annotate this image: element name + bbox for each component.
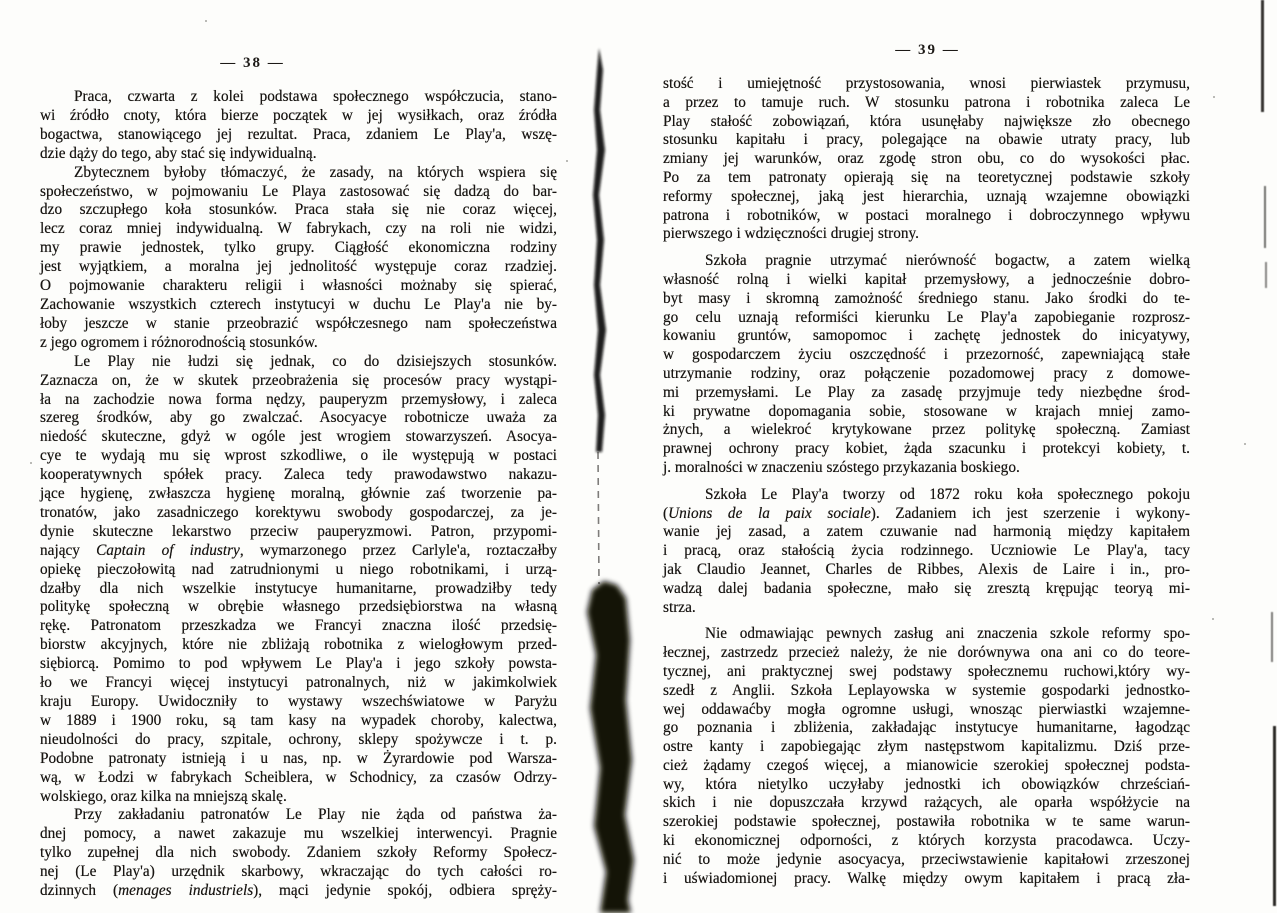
- text-line: wy, która nietylko uczyłaby jednostki ic…: [663, 776, 1190, 795]
- text-line: wi źródło cnoty, która bierze początek w…: [40, 107, 557, 126]
- text-line: bogactwa, stanowiącego jej rezultat. Pra…: [40, 126, 557, 145]
- text-line: cye te wydają mu się wprost szkodliwe, o…: [40, 447, 557, 466]
- text-line: w 1889 i 1900 roku, są tam kasy na wypad…: [40, 712, 557, 731]
- text-line: dzinnych (menages industriels), mąci jed…: [40, 882, 557, 901]
- text-line: mi przemysłami. Le Play za zasadę przyjm…: [663, 384, 1190, 403]
- text-line: my prawie jednostek, tylko grupy. Ciągło…: [40, 239, 557, 258]
- text-line: patrona i robotników, w postaci moralneg…: [663, 207, 1190, 226]
- text-line: Podobne patronaty istnieją i u nas, np. …: [40, 750, 557, 769]
- text-line: j. moralności w znaczeniu szóstego przyk…: [663, 459, 1190, 478]
- text-line: dnej pomocy, a nawet zakazuje mu wszelki…: [40, 825, 557, 844]
- text-line: łecznej, zastrzedz przecież należy, że n…: [663, 644, 1190, 663]
- text-line: szerokiej podstawie społecznej, postawił…: [663, 813, 1190, 832]
- paragraph: Przy zakładaniu patronatów Le Play nie ż…: [40, 806, 557, 901]
- text-line: nający Captain of industry, wymarzonego …: [40, 542, 557, 561]
- book-spread-scan: — 38 — Praca, czwarta z kolei podstawa s…: [0, 0, 1277, 913]
- text-line: dzo szczupłego koła stosunków. Praca sta…: [40, 201, 557, 220]
- text-line: Zachowanie wszystkich czterech instytucy…: [40, 296, 557, 315]
- text-line: Nie odmawiając pewnych zasług ani znacze…: [663, 625, 1190, 644]
- text-line: nej (Le Play'a) urzędnik skarbowy, wkrac…: [40, 863, 557, 882]
- dust-speck: [566, 160, 568, 162]
- page-number-38: — 38 —: [0, 55, 511, 72]
- text-line: wą, w Łodzi w fabrykach Scheiblera, w Sc…: [40, 769, 557, 788]
- page-38-text: Praca, czwarta z kolei podstawa społeczn…: [40, 88, 557, 901]
- text-line: stość i umiejętność przystosowania, wnos…: [663, 75, 1190, 94]
- text-line: utrzymanie rodziny, oraz połączenie poza…: [663, 365, 1190, 384]
- text-line: prawnej ochrony pracy kobiet, żąda szacu…: [663, 440, 1190, 459]
- text-line: Praca, czwarta z kolei podstawa społeczn…: [40, 88, 557, 107]
- text-line: ki ekonomicznej odporności, z których ko…: [663, 832, 1190, 851]
- dust-speck: [30, 462, 32, 464]
- text-line: żnych, a wielekroć krytykowane przez pol…: [663, 421, 1190, 440]
- page-edge-line: [1265, 262, 1267, 288]
- text-line: byt masy i skromną zamożność średniego s…: [663, 290, 1190, 309]
- text-line: kraju Europy. Uwidoczniły to wystawy wsz…: [40, 693, 557, 712]
- text-line: go poznania i zbliżenia, zakładając inst…: [663, 719, 1190, 738]
- page-number-39: — 39 —: [664, 42, 1191, 59]
- text-line: i pracą, oraz stałością życia rodzinnego…: [663, 542, 1190, 561]
- page-39-text: stość i umiejętność przystosowania, wnos…: [663, 75, 1190, 888]
- page-edge-line: [1264, 186, 1266, 248]
- text-line: Zaznacza on, że w skutek przeobrażenia s…: [40, 372, 557, 391]
- text-line: szereg środków, aby go zwalczać. Asocyac…: [40, 409, 557, 428]
- text-line: dzie dąży do tego, aby stać się indywidu…: [40, 145, 557, 164]
- text-line: kowaniu gruntów, samopomoc i zachętę jed…: [663, 327, 1190, 346]
- page-edge-line: [1273, 726, 1276, 906]
- text-line: biorstw akcyjnych, które nie zbliżają ro…: [40, 636, 557, 655]
- text-line: z jego ogromem i różnorodnością stosunkó…: [40, 334, 557, 353]
- text-line: rękę. Patronatom przeszkadza we Francyi …: [40, 617, 557, 636]
- text-line: stosunku kapitału i pracy, polegające na…: [663, 131, 1190, 150]
- paragraph: Le Play nie łudzi się jednak, co do dzis…: [40, 353, 557, 807]
- text-line: jak Claudio Jeannet, Charles de Ribbes, …: [663, 561, 1190, 580]
- dust-speck: [205, 20, 207, 22]
- text-line: zmiany jej warunków, oraz zgodę stron ob…: [663, 150, 1190, 169]
- text-line: siębiorcą. Pomimo to pod wpływem Le Play…: [40, 655, 557, 674]
- text-line: tylko zupełnej dla nich swobody. Zdaniem…: [40, 844, 557, 863]
- text-line: nić to może jedynie asocyacya, przeciwst…: [663, 851, 1190, 870]
- text-line: niedość skuteczne, gdyż w ogóle jest wro…: [40, 428, 557, 447]
- text-line: wej oddawaćby mogła ogromne usługi, wnos…: [663, 701, 1190, 720]
- text-line: łoby jeszcze w stanie przeobrazić współc…: [40, 315, 557, 334]
- text-line: Po za tem patronaty opierają się na teor…: [663, 169, 1190, 188]
- text-line: własność rolną i wielki kapitał przemysł…: [663, 271, 1190, 290]
- page-39: — 39 — stość i umiejętność przystosowani…: [663, 0, 1190, 913]
- text-line: Przy zakładaniu patronatów Le Play nie ż…: [40, 806, 557, 825]
- paragraph: Zbytecznem byłoby tłómaczyć, że zasady, …: [40, 164, 557, 353]
- text-line: reformy społecznej, jaką jest hierarchia…: [663, 188, 1190, 207]
- text-line: wadzą dalej badania społeczne, mało się …: [663, 580, 1190, 599]
- text-line: pierwszego i wdzięczności drugiej strony…: [663, 225, 1190, 244]
- text-line: go celu uznają reformiści kierunku Le Pl…: [663, 309, 1190, 328]
- text-line: w gospodarczem życiu oszczędność i przez…: [663, 346, 1190, 365]
- page-edge-line: [1271, 612, 1273, 662]
- paragraph: Szkoła Le Play'a tworzy od 1872 roku koł…: [663, 486, 1190, 618]
- text-line: kooperatywnych spółek pracy. Zaleca tedy…: [40, 466, 557, 485]
- paragraph: Praca, czwarta z kolei podstawa społeczn…: [40, 88, 557, 164]
- text-line: opiekę pieczołowitą nad zatrudnionymi u …: [40, 561, 557, 580]
- text-line: dzałby dla nich wszelkie instytucye huma…: [40, 580, 557, 599]
- text-line: Le Play nie łudzi się jednak, co do dzis…: [40, 353, 557, 372]
- text-line: i uświadomionej pracy. Walkę między owym…: [663, 870, 1190, 889]
- dust-speck: [1244, 443, 1246, 445]
- text-line: (Unions de la paix sociale). Zadaniem ic…: [663, 505, 1190, 524]
- text-line: tronatów, jako zasadniczego korektywu sw…: [40, 504, 557, 523]
- text-line: ło we Francyi więcej instytucyi patronal…: [40, 674, 557, 693]
- binding-shadow-artifact: [570, 0, 660, 913]
- text-line: tycznej, ani praktycznej swej podstawy s…: [663, 663, 1190, 682]
- paragraph: Szkoła pragnie utrzymać nierówność bogac…: [663, 252, 1190, 478]
- text-line: ostre kanty i zapobiegając złym następst…: [663, 738, 1190, 757]
- text-line: strza.: [663, 599, 1190, 618]
- text-line: jest wyjątkiem, a moralna jej jednolitoś…: [40, 258, 557, 277]
- text-line: Szkoła Le Play'a tworzy od 1872 roku koł…: [663, 486, 1190, 505]
- text-line: społeczeństwo, w pojmowaniu Le Playa zas…: [40, 183, 557, 202]
- text-line: jące hygienę, zwłaszcza hygienę moralną,…: [40, 485, 557, 504]
- paragraph: Nie odmawiając pewnych zasług ani znacze…: [663, 625, 1190, 888]
- text-line: wolskiego, oraz kilka na mniejszą skalę.: [40, 788, 557, 807]
- text-line: Play stałość zobowiązań, która usunęłaby…: [663, 113, 1190, 132]
- dust-speck: [1213, 96, 1215, 98]
- page-38: — 38 — Praca, czwarta z kolei podstawa s…: [40, 0, 557, 913]
- text-line: lecz coraz mniej indywidualną. W fabryka…: [40, 220, 557, 239]
- text-line: cież żądamy czegoś więcej, a mianowicie …: [663, 757, 1190, 776]
- page-edge-line: [1261, 0, 1264, 112]
- text-line: skich i nie dopuszczała krzywd rażących,…: [663, 794, 1190, 813]
- text-line: wanie jej zasad, a zatem czuwanie nad ha…: [663, 523, 1190, 542]
- text-line: politykę społeczną w obrębie własnego pr…: [40, 598, 557, 617]
- dust-speck: [1212, 618, 1214, 620]
- text-line: ki prywatne dopomagania sobie, stosowane…: [663, 403, 1190, 422]
- text-line: Szkoła pragnie utrzymać nierówność bogac…: [663, 252, 1190, 271]
- text-line: Zbytecznem byłoby tłómaczyć, że zasady, …: [40, 164, 557, 183]
- text-line: szedł z Anglii. Szkoła Leplayowska w sys…: [663, 682, 1190, 701]
- text-line: ła na zachodzie nowa forma nędzy, pauper…: [40, 391, 557, 410]
- text-line: dynie skuteczne lekarstwo przeciw pauper…: [40, 523, 557, 542]
- text-line: O pojmowanie charakteru religii i własno…: [40, 277, 557, 296]
- paragraph: stość i umiejętność przystosowania, wnos…: [663, 75, 1190, 244]
- text-line: a przez to tamuje ruch. W stosunku patro…: [663, 94, 1190, 113]
- text-line: nieudolności do pracy, szpitale, ochrony…: [40, 731, 557, 750]
